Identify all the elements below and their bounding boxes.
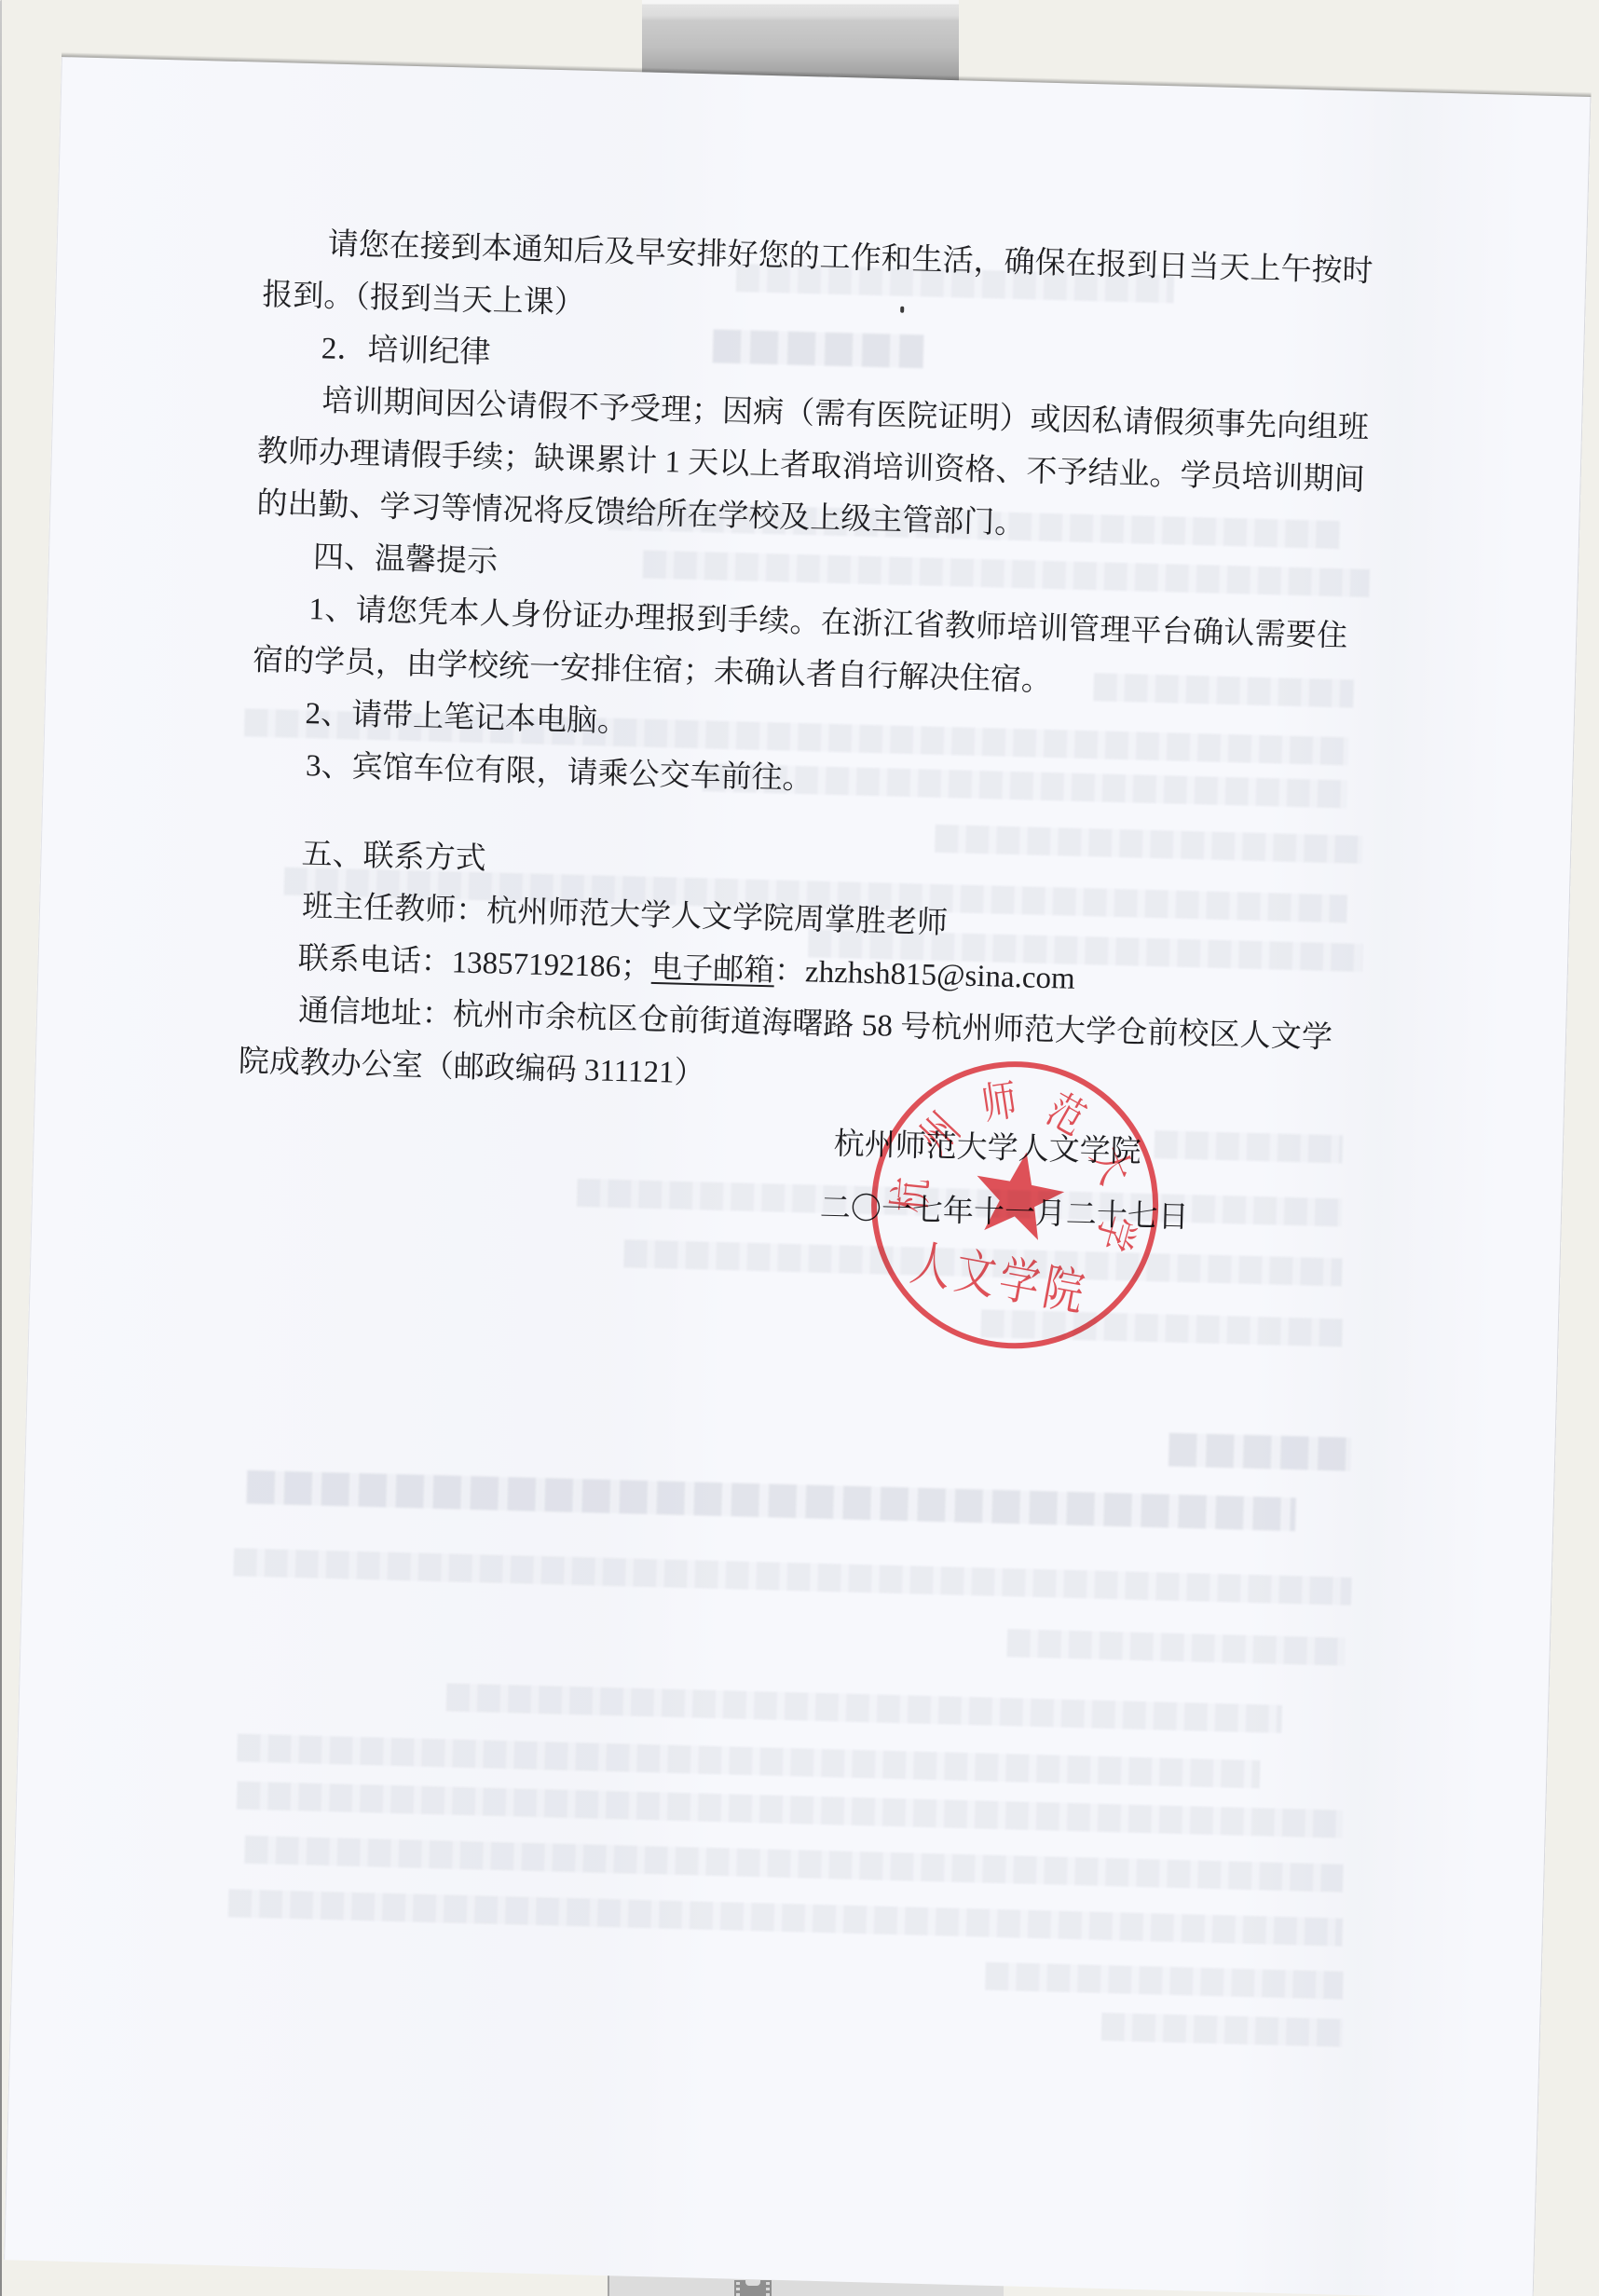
discipline-heading: 2．培训纪律 [321,330,490,372]
scan-speck [900,307,904,313]
seal-arc-char: 师 [978,1074,1020,1129]
tip-1-line-2: 宿的学员，由学校统一安排住宿；未确认者自行解决住宿。 [253,642,1053,700]
tip-1-line-1: 1、请您凭本人身份证办理报到手续。在浙江省教师培训管理平台确认需要住 [308,591,1348,655]
bleed-through-line [244,1836,1343,1893]
tip-3: 3、宾馆车位有限，请乘公交车前往。 [306,747,813,798]
email-label: 电子邮箱 [651,951,775,988]
bleed-through-title [713,329,924,368]
seal-arc-char: 学 [1086,1209,1144,1256]
scan-shading [4,57,1591,2296]
contact-heading: 五、联系方式 [301,836,486,878]
teacher-label: 班主任教师： [302,890,487,928]
film-sprocket-icon [734,2280,772,2296]
phone-number: 13857192186 [451,946,621,984]
bleed-through-line [1101,2013,1344,2047]
phone-label: 联系电话： [297,942,452,979]
bleed-through-line [233,1548,1351,1605]
scanner-edge-line [0,0,2,2296]
seal-arc-char: 大 [1082,1140,1141,1191]
intro-line-2: 报到。（报到当天上课） [262,277,585,322]
seal-arc-char: 范 [1039,1084,1094,1144]
official-seal: 杭 州 师 范 大 学 人 文 学 院 [853,1043,1178,1368]
tips-heading: 四、温馨提示 [313,539,499,581]
bleed-through-line [1006,1629,1346,1665]
bleed-through-line [237,1734,1260,1789]
seal-center-char: 院 [1038,1259,1088,1323]
bleed-through-line [446,1683,1282,1732]
address-line-1: 通信地址：杭州市余杭区仓前街道海曙路 58 号杭州师范大学仓前校区人文学 [298,992,1333,1057]
bleed-through-line [228,1889,1343,1946]
bleed-through-line [246,1470,1296,1531]
bleed-through-line [1093,673,1354,707]
bleed-through-line [985,1962,1344,2000]
seal-center-char: 文 [950,1242,1001,1306]
document-page: 请您在接到本通知后及早安排好您的工作和生活，确保在报到日当天上午按时 报到。（报… [4,57,1591,2296]
email-colon: ： [774,954,806,989]
seal-arc-char: 州 [909,1103,969,1163]
bleed-through-line [935,825,1363,864]
discipline-line-1: 培训期间因公请假不予受理；因病（需有医院证明）或因私请假须事先向组班 [321,382,1370,446]
bleed-through-heading [1168,1433,1352,1471]
address-line-2: 院成教办公室（邮政编码 311121） [238,1043,705,1092]
seal-graphic: 杭 州 师 范 大 学 人 文 学 院 [853,1043,1178,1368]
seal-center-char: 学 [994,1250,1045,1315]
phone-separator: ； [621,950,652,985]
email-address: zhzhsh815@sina.com [805,955,1076,996]
seal-arc-char: 杭 [884,1175,937,1214]
bleed-through-line [237,1782,1343,1838]
bleed-through-line [643,551,1371,597]
star-icon [967,1144,1070,1243]
bleed-through-line [1154,1130,1343,1163]
discipline-line-3: 的出勤、学习等情况将反馈给所在学校及上级主管部门。 [256,485,1026,543]
seal-center-char: 人 [907,1235,957,1299]
address-label: 通信地址： [298,994,454,1032]
